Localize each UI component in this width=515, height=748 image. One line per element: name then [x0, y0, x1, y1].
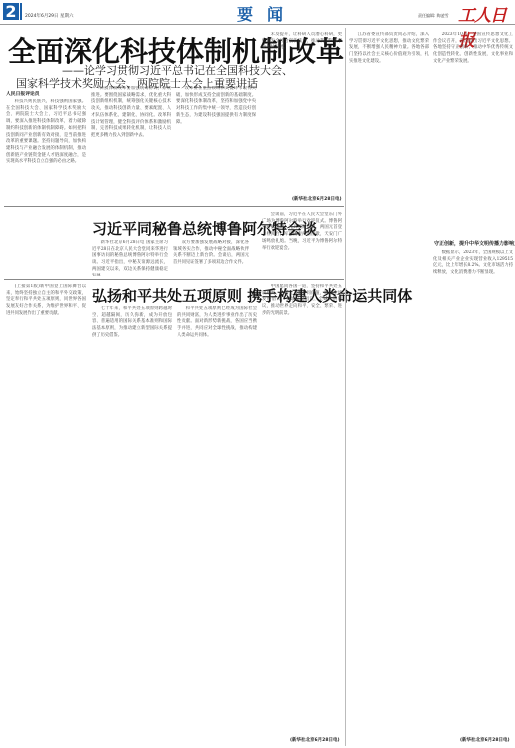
column-divider: [345, 28, 346, 746]
right-dateline: (新华社北京6月28日电): [460, 737, 510, 743]
right-paragraph: 2023年10月，全国宣传思想文化工作会议召开，首次提出习近平文化思想。各地坚持…: [433, 32, 513, 66]
lead-paragraph: 未及提升，让科研人员潜心科研，更好激发全社会创新活力，推动我国科技事业加快发展。: [262, 32, 342, 52]
right-subheading: 守正创新，提升中华文明传播力影响力: [434, 240, 515, 247]
story2-column-2: 双方要加强发展战略对接，深化各领域务实合作，推动中秘全面战略伙伴关系不断迈上新台…: [173, 240, 249, 276]
lead-column-4: 未及提升，让科研人员潜心科研，更好激发全社会创新活力，推动我国科技事业加快发展。: [262, 32, 342, 192]
right-paragraph: 数据显示，2023年，全国规模以上文化及相关产业企业实现营业收入129515亿元…: [433, 250, 513, 277]
right-column-1: 江苏省委宣传部负责同志介绍，深入学习贯彻习近平文化思想，推动文化繁荣发展，不断增…: [349, 32, 429, 742]
story3-paragraph: (上接第1版)新中国登上国际舞台以来，始终坚持独立自主的和平外交政策，坚定奉行和…: [6, 284, 86, 318]
section-title: 要闻: [237, 2, 297, 25]
story3-paragraph: 中国愿同各国一道，坚持和平共处五项原则，弘扬全人类共同价值，践行全球发展倡议、全…: [262, 284, 342, 318]
lead-dateline: (新华社北京6月28日电): [292, 196, 342, 202]
story3-column-0: (上接第1版)新中国登上国际舞台以来，始终坚持独立自主的和平外交政策，坚定奉行和…: [6, 284, 86, 742]
story3-paragraph: 七十年来，和平共处五项原则跨越时空、超越隔阂，历久弥新，成为开放包容、普遍适用的…: [92, 306, 172, 340]
masthead: 2 2024年6月29日 星期六 要闻 责任编辑: 陶凌雪 工人日报: [0, 0, 515, 25]
story2-paragraph: 新华社北京6月28日电 国家主席习近平28日在北京人民大会堂同来华进行国事访问的…: [92, 240, 168, 276]
story3-column-1: 七十年来，和平共处五项原则跨越时空、超越隔阂，历久弥新，成为开放包容、普遍适用的…: [92, 306, 172, 742]
right-column-3: 数据显示，2023年，全国规模以上文化及相关产业企业实现营业收入129515亿元…: [433, 250, 513, 734]
story2-column-3: 会谈前，习近平在人民大会堂东门外广场为博鲁阿尔特举行欢迎仪式。博鲁阿尔特抵达时，…: [262, 212, 342, 276]
lead-paragraph: 科技兴则民族兴，科技强则国家强。在全国科技大会、国家科学技术奖励大会、两院院士大…: [6, 99, 86, 166]
lead-paragraph: 科技体制改革要加强统筹协调，系统推进。要围绕国家战略需求，优化重大科技创新组织机…: [91, 86, 171, 140]
page-number: 2: [3, 3, 19, 20]
lead-paragraph: 改革要在重点领域和关键环节取得突破，加快形成支持全面创新的基础制度。要深化科技体…: [176, 86, 256, 126]
story2-paragraph: 会谈前，习近平在人民大会堂东门外广场为博鲁阿尔特举行欢迎仪式。博鲁阿尔特抵达时，…: [262, 212, 342, 252]
divider: [4, 279, 344, 280]
story2-paragraph: 双方要加强发展战略对接，深化各领域务实合作，推动中秘全面战略伙伴关系不断迈上新台…: [173, 240, 249, 267]
story2-column-1: 新华社北京6月28日电 国家主席习近平28日在北京人民大会堂同来华进行国事访问的…: [92, 240, 168, 276]
page-number-bar: [20, 3, 22, 20]
right-paragraph: 江苏省委宣传部负责同志介绍，深入学习贯彻习近平文化思想，推动文化繁荣发展，不断增…: [349, 32, 429, 66]
story3-column-3: 中国愿同各国一道，坚持和平共处五项原则，弘扬全人类共同价值，践行全球发展倡议、全…: [262, 284, 342, 734]
issue-date: 2024年6月29日 星期六: [25, 13, 73, 19]
lead-column-2: 科技体制改革要加强统筹协调，系统推进。要围绕国家战略需求，优化重大科技创新组织机…: [91, 86, 171, 202]
lead-column-3: 改革要在重点领域和关键环节取得突破，加快形成支持全面创新的基础制度。要深化科技体…: [176, 86, 256, 202]
lead-column-1: 科技兴则民族兴，科技强则国家强。在全国科技大会、国家科学技术奖励大会、两院院士大…: [6, 99, 86, 202]
divider: [4, 206, 344, 207]
right-column-2: 2023年10月，全国宣传思想文化工作会议召开，首次提出习近平文化思想。各地坚持…: [433, 32, 513, 238]
lead-byline: 人民日报评论员: [6, 90, 40, 97]
story3-dateline: (新华社北京6月28日电): [290, 737, 340, 743]
story3-paragraph: 和平共处五项原则已经成为国际社会的共同财富，为人类进步事业作出了历史性贡献。面对…: [177, 306, 257, 340]
editor-credit: 责任编辑: 陶凌雪: [418, 13, 449, 19]
story3-column-2: 和平共处五项原则已经成为国际社会的共同财富，为人类进步事业作出了历史性贡献。面对…: [177, 306, 257, 742]
